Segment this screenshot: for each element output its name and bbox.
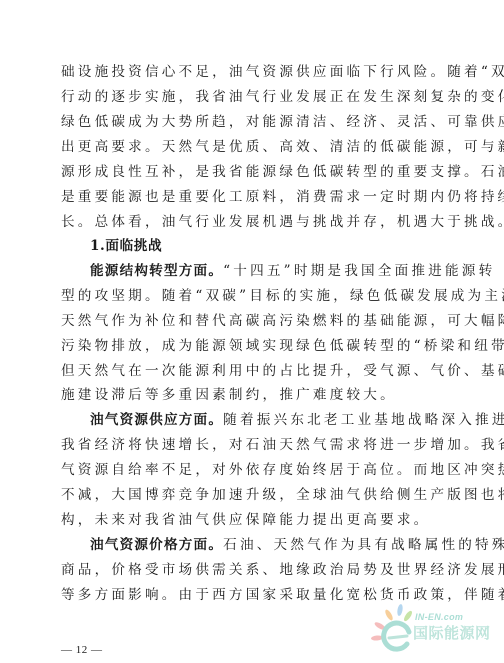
sun-logo-icon [363, 600, 413, 660]
text-line: 构，未来对我省油气供应保障能力提出更高要求。 [61, 511, 430, 529]
text-line: 但天然气在一次能源利用中的占比提升，受气源、气价、基础设 [61, 362, 504, 380]
paragraph-lead: 油气资源价格方面。 [90, 537, 223, 553]
paragraph-lead: 油气资源供应方面。 [90, 412, 223, 428]
paragraph-lead: 能源结构转型方面。 [90, 263, 223, 279]
text-line: 源形成良性互补，是我省能源绿色低碳转型的重要支撑。石油既 [61, 163, 504, 181]
text-line: 我省经济将快速增长，对石油天然气需求将进一步增加。我省油 [61, 436, 504, 454]
text-line: 商品，价格受市场供需关系、地缘政治局势及世界经济发展形势 [61, 561, 504, 579]
text-line: 不减，大国博弈竞争加速升级，全球油气供给侧生产版图也将重 [61, 486, 504, 504]
text-line: 行动的逐步实施，我省油气行业发展正在发生深刻复杂的变化， [61, 88, 504, 106]
text-line: 出更高要求。天然气是优质、高效、清洁的低碳能源，可与新能 [61, 138, 504, 156]
text-line: 型的攻坚期。随着“双碳”目标的实施，绿色低碳发展成为主流， [61, 287, 504, 305]
text-line: 是重要能源也是重要化工原料，消费需求一定时期内仍将持续增 [61, 188, 504, 206]
paragraph-text: “十四五”时期是我国全面推进能源转 [223, 263, 495, 279]
watermark-name: 国际能源网 [413, 622, 491, 643]
paragraph-text: 石油、天然气作为具有战略属性的特殊 [223, 537, 504, 553]
text-line: 长。总体看，油气行业发展机遇与挑战并存，机遇大于挑战。 [61, 213, 504, 231]
text-line: 础设施投资信心不足，油气资源供应面临下行风险。随着“双碳” [61, 63, 504, 81]
watermark-logo: IN-EN.com 国际能源网 [363, 600, 503, 660]
section-heading: 1.面临挑战 [90, 237, 162, 255]
page-number: — 12 — [61, 644, 103, 656]
text-line: 绿色低碳成为大势所趋，对能源清洁、经济、灵活、可靠供应提 [61, 113, 504, 131]
paragraph-first-line: 油气资源供应方面。随着振兴东北老工业基地战略深入推进， [90, 411, 504, 429]
paragraph-first-line: 油气资源价格方面。石油、天然气作为具有战略属性的特殊 [90, 536, 504, 554]
text-line: 污染物排放，成为能源领域实现绿色低碳转型的“桥梁和纽带”， [61, 337, 504, 355]
paragraph-text: 随着振兴东北老工业基地战略深入推进， [223, 412, 504, 428]
text-line: 施建设滞后等多重因素制约，推广难度较大。 [61, 386, 397, 404]
text-line: 气资源自给率不足，对外依存度始终居于高位。而地区冲突热度 [61, 461, 504, 479]
paragraph-first-line: 能源结构转型方面。“十四五”时期是我国全面推进能源转 [90, 262, 495, 280]
watermark-domain: IN-EN.com [415, 612, 463, 622]
text-line: 天然气作为补位和替代高碳高污染燃料的基础能源，可大幅降低 [61, 312, 504, 330]
